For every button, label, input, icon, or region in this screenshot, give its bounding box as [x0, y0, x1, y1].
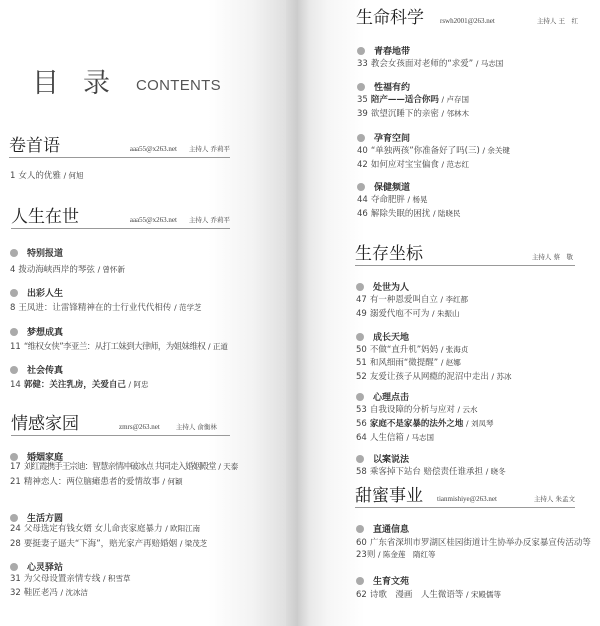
article-author: / 刘凤琴	[466, 419, 493, 428]
category-mengxiangchengzhen: 梦想成真	[10, 325, 63, 338]
section-title: 情感家园	[11, 414, 79, 434]
section-host: 主持人 俞衡林	[176, 422, 217, 434]
category-label: 以案说法	[373, 452, 409, 465]
toc-entry[interactable]: 56家庭不是家暴的法外之地 / 刘凤琴	[356, 418, 493, 430]
page-number: 60	[356, 538, 367, 548]
toc-entry[interactable]: 14郭健：关注乳房，关爱自己 / 阿忠	[10, 379, 148, 391]
category-label: 青春地带	[374, 44, 410, 57]
toc-entry[interactable]: 32鞋匠老冯 / 沈冰洁	[10, 587, 88, 599]
article-author: / 陈金莲 隋红等	[378, 550, 435, 559]
toc-entry[interactable]: 17刘红霞携手王宗迪：智慧亲情冲破冰点 共同走入婚姻殿堂 / 天泰	[10, 461, 238, 473]
section-email: aaa55@x263.net	[130, 145, 177, 156]
section-email: aaa55@x263.net	[130, 216, 177, 227]
section-header-shengcunzuobiao: 生存坐标 主持人 蔡 敬	[355, 244, 575, 266]
article-author: / 阿忠	[129, 380, 149, 389]
toc-entry[interactable]: 47有一种恩爱叫自立 / 李红都	[356, 294, 468, 306]
article-title: 鞋匠老冯	[24, 588, 58, 598]
page-number: 28	[10, 539, 21, 549]
category-label: 梦想成真	[27, 325, 63, 338]
page-number: 4	[10, 265, 15, 275]
article-title: 王凤进：让雷锋精神在的士行业代代相传	[18, 303, 171, 313]
toc-entry[interactable]: 33教会女孩面对老师的“求爱” / 马志国	[357, 58, 503, 70]
bullet-icon	[356, 283, 364, 291]
category-label: 心理点击	[373, 390, 409, 403]
section-host: 主持人 乔莉平	[189, 215, 230, 227]
category-label: 直通信息	[373, 522, 409, 535]
toc-entry[interactable]: 35陪产——适合你吗 / 卢存国	[357, 94, 469, 106]
page-number: 33	[357, 59, 368, 69]
page-number: 21	[10, 477, 21, 487]
category-label: 处世为人	[373, 280, 409, 293]
bullet-icon	[10, 289, 18, 297]
page-number: 39	[357, 109, 368, 119]
toc-entry[interactable]: 31为父母设置亲情专线 / 积雪草	[10, 573, 130, 585]
article-title: 解除失眠的困扰	[371, 209, 431, 219]
article-author: / 梁茂芝	[180, 539, 207, 548]
toc-entry[interactable]: 58乘客掉下站台 赔偿责任谁承担 / 晓冬	[356, 466, 506, 478]
article-author: / 何颖	[163, 477, 183, 486]
category-label: 性福有约	[374, 80, 410, 93]
category-shengyuwenyuan: 生育文苑	[356, 574, 409, 587]
category-label: 心灵驿站	[27, 560, 63, 573]
category-qingchundidai: 青春地带	[357, 44, 410, 57]
toc-entry[interactable]: 40“单独两孩”你准备好了吗(三) / 余关键	[357, 145, 510, 157]
category-label: 出彩人生	[27, 286, 63, 299]
article-author: / 卢存国	[442, 95, 469, 104]
article-author: / 欧阳江南	[165, 524, 200, 533]
contents-title-en: CONTENTS	[136, 77, 221, 100]
page-number: 35	[357, 95, 368, 105]
category-xinlidianji: 心理点击	[356, 390, 409, 403]
page-number: 53	[356, 405, 367, 415]
toc-entry[interactable]: 60广东省深圳市罗湖区桂园街道计生协举办反家暴宣传活动等23则 / 陈金莲 隋红…	[356, 538, 591, 561]
toc-entry[interactable]: 21精神恋人：两位脑瘫患者的爱情故事 / 何颖	[10, 476, 182, 488]
section-host: 主持人 朱孟文	[534, 494, 575, 506]
article-title: 溺爱代庖不可为	[370, 309, 430, 319]
category-label: 保健频道	[374, 180, 410, 193]
page-number: 64	[356, 433, 367, 443]
category-xinlingyizhan: 心灵驿站	[10, 560, 63, 573]
bullet-icon	[356, 577, 364, 585]
category-baojianpindao: 保健频道	[357, 180, 410, 193]
category-yianshuofa: 以案说法	[356, 452, 409, 465]
article-author: / 曾怀新	[98, 265, 125, 274]
article-title: 陪产——适合你吗	[371, 95, 439, 105]
category-chushiweiren: 处世为人	[356, 280, 409, 293]
page-number: 58	[356, 467, 367, 477]
category-label: 孕育空间	[374, 131, 410, 144]
article-title: 如何应对宝宝偏食	[371, 160, 439, 170]
article-title: 教会女孩面对老师的“求爱”	[371, 59, 473, 69]
category-label: 特别报道	[27, 246, 63, 259]
toc-entry[interactable]: 8王凤进：让雷锋精神在的士行业代代相传 / 范学芝	[10, 302, 202, 314]
page-number: 51	[356, 358, 367, 368]
article-author: / 范志红	[442, 160, 469, 169]
article-title: 女人的优雅	[18, 171, 61, 181]
article-author: / 天泰	[218, 462, 238, 471]
page-number: 31	[10, 574, 21, 584]
page-number: 40	[357, 146, 368, 156]
article-author: / 邻林木	[442, 109, 469, 118]
toc-entry[interactable]: 49溺爱代庖不可为 / 朱振山	[356, 308, 459, 320]
article-author: / 马志国	[407, 433, 434, 442]
toc-entry[interactable]: 11“维权女侠”李亚兰：从打工妹到大律师，为姐妹维权 / 正道	[10, 341, 228, 353]
category-yunyukongjian: 孕育空间	[357, 131, 410, 144]
article-title: “维权女侠”李亚兰：从打工妹到大律师，为姐妹维权	[24, 342, 205, 352]
bullet-icon	[357, 83, 365, 91]
category-label: 成长天地	[373, 330, 409, 343]
page-number: 24	[10, 524, 21, 534]
toc-entry[interactable]: 64人生信箱 / 马志国	[356, 432, 434, 444]
toc-entry[interactable]: 42如何应对宝宝偏食 / 范志红	[357, 159, 469, 171]
bullet-icon	[357, 47, 365, 55]
article-author: / 云水	[458, 405, 478, 414]
article-author: / 何旭	[64, 171, 84, 180]
article-title: 家庭不是家暴的法外之地	[370, 419, 464, 429]
section-host: 主持人 王 红	[537, 16, 578, 28]
category-shehuichuanzhen: 社会传真	[10, 363, 63, 376]
section-host: 主持人 蔡 敬	[532, 252, 573, 264]
article-author: / 沈冰洁	[61, 588, 88, 597]
page-number: 52	[356, 372, 367, 382]
page-number: 49	[356, 309, 367, 319]
contents-heading: 目录 CONTENTS	[32, 60, 221, 100]
section-title: 生存坐标	[355, 244, 423, 264]
article-author: / 积雪草	[103, 574, 130, 583]
category-chengzhangtiandi: 成长天地	[356, 330, 409, 343]
category-zhitongxinxi: 直通信息	[356, 522, 409, 535]
page-number: 32	[10, 588, 21, 598]
article-title: 精神恋人：两位脑瘫患者的爱情故事	[24, 477, 160, 487]
section-header-renshengzaishi: 人生在世 aaa55@x263.net 主持人 乔莉平	[11, 207, 230, 229]
toc-entry[interactable]: 51和风细雨“微提醒” / 赵娜	[356, 357, 461, 369]
page-number: 56	[356, 419, 367, 429]
article-author: / 李红都	[441, 295, 468, 304]
article-author: / 杨晃	[408, 195, 428, 204]
toc-entry[interactable]: 62诗歌 漫画 人生微语等 / 宋殿儒等	[356, 589, 501, 601]
page-number: 1	[10, 171, 15, 181]
article-author: / 晓冬	[486, 467, 506, 476]
section-header-tianmishiye: 甜蜜事业 tianmishiye@263.net 主持人 朱孟文	[355, 486, 575, 508]
toc-entry[interactable]: 39欲望沉睡下的亲密 / 邻林木	[357, 108, 469, 120]
bullet-icon	[10, 328, 18, 336]
bullet-icon	[10, 563, 18, 571]
article-title: “单独两孩”你准备好了吗(三)	[371, 146, 480, 156]
toc-entry[interactable]: 50不做“直升机”妈妈 / 张海贞	[356, 344, 468, 356]
toc-entry[interactable]: 24父母选定有钱女婿 女儿命丧家庭暴力 / 欧阳江南	[10, 523, 200, 535]
article-title: 要挺妻子逼夫“下海”，赔光家产再赔婚姻	[24, 539, 177, 549]
article-title: 友爱让孩子从网瘾的泥沼中走出	[370, 372, 489, 382]
article-title: 刘红霞携手王宗迪：智慧亲情冲破冰点 共同走入婚姻殿堂	[24, 462, 216, 472]
bullet-icon	[356, 333, 364, 341]
article-title: 诗歌 漫画 人生微语等	[370, 590, 464, 600]
bullet-icon	[356, 525, 364, 533]
bullet-icon	[357, 183, 365, 191]
bullet-icon	[10, 514, 18, 522]
article-author: / 宋殿儒等	[466, 590, 501, 599]
article-title: 自我设障的分析与应对	[370, 405, 455, 415]
page-number: 44	[357, 195, 368, 205]
article-title: 拨动海峡西岸的琴弦	[18, 265, 95, 275]
toc-entry[interactable]: 46解除失眠的困扰 / 陆晓民	[357, 208, 460, 220]
article-title: 不做“直升机”妈妈	[370, 345, 438, 355]
toc-entry[interactable]: 4拨动海峡西岸的琴弦 / 曾怀新	[10, 264, 125, 276]
article-author: / 余关键	[482, 146, 509, 155]
toc-entry[interactable]: 44夺命肥胖 / 杨晃	[357, 194, 427, 206]
page-number: 14	[10, 380, 21, 390]
article-author: / 赵娜	[441, 358, 461, 367]
article-title: 欲望沉睡下的亲密	[371, 109, 439, 119]
page-number: 42	[357, 160, 368, 170]
toc-entry[interactable]: 53自我设障的分析与应对 / 云水	[356, 404, 477, 416]
article-title: 乘客掉下站台 赔偿责任谁承担	[370, 467, 483, 477]
section-title: 人生在世	[11, 207, 79, 227]
section-email: rswh2001@263.net	[440, 17, 495, 28]
section-title: 甜蜜事业	[355, 486, 423, 506]
section-title: 生命科学	[356, 8, 424, 28]
page-number: 62	[356, 590, 367, 600]
page-number: 8	[10, 303, 15, 313]
category-chucairensheng: 出彩人生	[10, 286, 63, 299]
section-header-qingganjiayuan: 情感家园 zmrs@263.net 主持人 俞衡林	[11, 414, 230, 436]
article-author: / 张海贞	[441, 345, 468, 354]
contents-title-cn: 目录	[32, 61, 134, 100]
bullet-icon	[10, 453, 18, 461]
section-header-shengmingkexue: 生命科学 rswh2001@263.net 主持人 王 红	[356, 8, 578, 29]
article-author: / 正道	[208, 342, 228, 351]
section-host: 主持人 乔莉平	[189, 144, 230, 156]
article-title: 人生信箱	[370, 433, 404, 443]
article-title: 和风细雨“微提醒”	[370, 358, 438, 368]
section-email: tianmishiye@263.net	[437, 495, 497, 506]
page-number: 17	[10, 462, 21, 472]
article-author: / 朱振山	[432, 309, 459, 318]
page-number: 46	[357, 209, 368, 219]
article-author: / 陆晓民	[433, 209, 460, 218]
category-xingfuyouyue: 性福有约	[357, 80, 410, 93]
section-email: zmrs@263.net	[119, 423, 160, 434]
page-number: 47	[356, 295, 367, 305]
page-number: 11	[10, 342, 21, 352]
bullet-icon	[10, 366, 18, 374]
category-tebiebaodao: 特别报道	[10, 246, 63, 259]
bullet-icon	[356, 455, 364, 463]
toc-entry[interactable]: 1女人的优雅 / 何旭	[10, 170, 84, 182]
article-author: / 马志国	[476, 59, 503, 68]
article-title: 为父母设置亲情专线	[24, 574, 101, 584]
bullet-icon	[10, 249, 18, 257]
bullet-icon	[357, 134, 365, 142]
category-label: 社会传真	[27, 363, 63, 376]
article-title: 父母选定有钱女婿 女儿命丧家庭暴力	[24, 524, 163, 534]
article-title: 有一种恩爱叫自立	[370, 295, 438, 305]
page-number: 50	[356, 345, 367, 355]
article-title: 郭健：关注乳房，关爱自己	[24, 380, 126, 390]
toc-entry[interactable]: 28要挺妻子逼夫“下海”，赔光家产再赔婚姻 / 梁茂芝	[10, 538, 207, 550]
article-author: / 苏冰	[492, 372, 512, 381]
category-label: 生育文苑	[373, 574, 409, 587]
section-header-juanshouyu: 卷首语 aaa55@x263.net 主持人 乔莉平	[9, 136, 230, 158]
bullet-icon	[356, 393, 364, 401]
article-title: 夺命肥胖	[371, 195, 405, 205]
toc-entry[interactable]: 52友爱让孩子从网瘾的泥沼中走出 / 苏冰	[356, 371, 511, 383]
article-author: / 范学芝	[174, 303, 201, 312]
section-title: 卷首语	[9, 136, 60, 156]
